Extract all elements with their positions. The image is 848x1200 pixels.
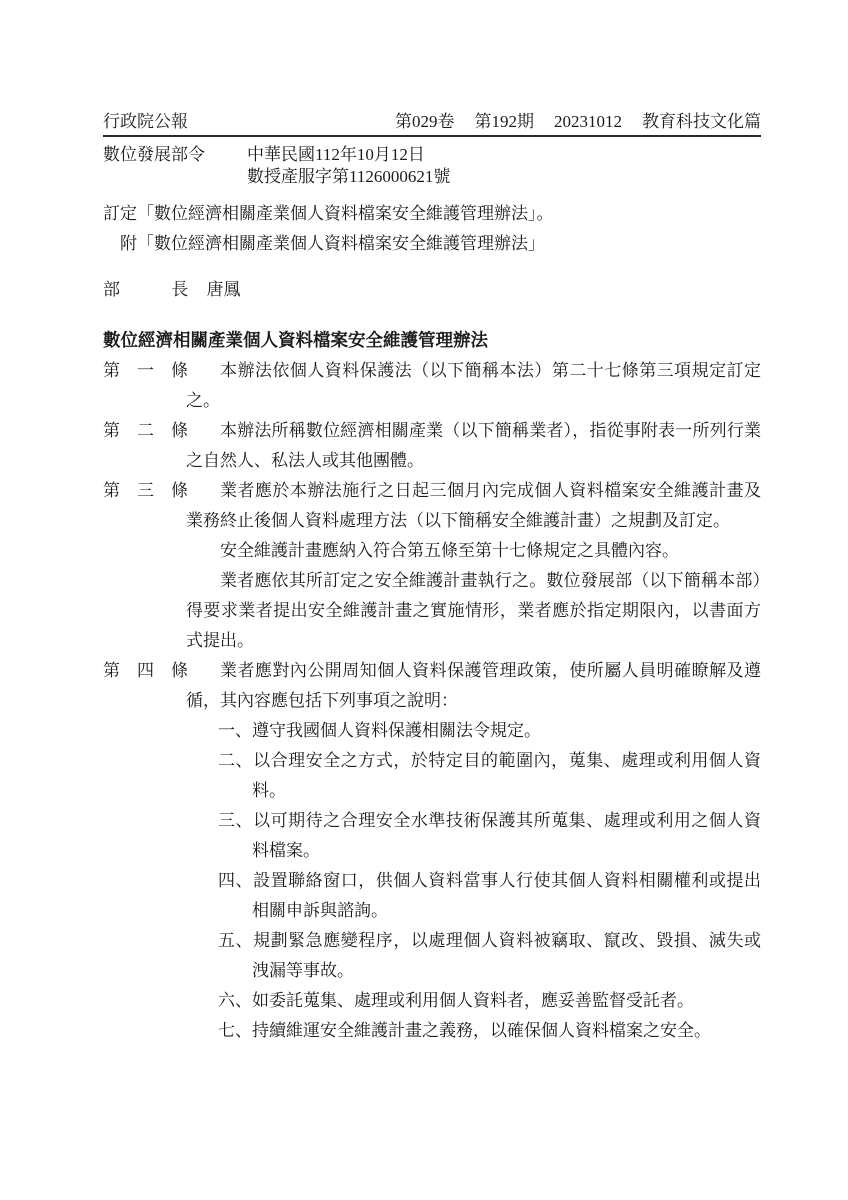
decree-statement: 訂定「數位經濟相關產業個人資料檔案安全維護管理辦法」。 <box>103 202 761 225</box>
article-item-2: 二、以合理安全之方式，於特定目的範圍內，蒐集、處理或利用個人資料。 <box>218 746 761 806</box>
decree-header: 數位發展部令 中華民國112年10月12日 數授產服字第1126000621號 <box>103 144 761 188</box>
article-paragraph: 本辦法所稱數位經濟相關產業（以下簡稱業者），指從事附表一所列行業之自然人、私法人… <box>186 416 761 476</box>
minister-name: 唐鳳 <box>207 280 241 299</box>
header-meta: 第029卷 第192期 20231012 教育科技文化篇 <box>395 112 761 132</box>
decree-number: 數授產服字第1126000621號 <box>247 166 450 188</box>
minister-post-right: 長 <box>171 280 188 299</box>
article-item-5: 五、規劃緊急應變程序，以處理個人資料被竊取、竄改、毀損、滅失或洩漏等事故。 <box>218 926 761 986</box>
article-paragraph: 業者應依其所訂定之安全維護計畫執行之。數位發展部（以下簡稱本部）得要求業者提出安… <box>186 566 761 656</box>
decree-attachment-note: 附「數位經濟相關產業個人資料檔案安全維護管理辦法」 <box>103 232 761 255</box>
article-item-6: 六、如委託蒐集、處理或利用個人資料者，應妥善監督受託者。 <box>218 986 761 1016</box>
header-section: 教育科技文化篇 <box>642 112 761 132</box>
article-1-label: 第 一 條 <box>103 356 188 386</box>
page-header: 行政院公報 第029卷 第192期 20231012 教育科技文化篇 <box>103 112 761 137</box>
article-item-4: 四、設置聯絡窗口，供個人資料當事人行使其個人資料相關權利或提出相關申訴與諮詢。 <box>218 866 761 926</box>
decree-date: 中華民國112年10月12日 <box>247 144 450 166</box>
header-date: 20231012 <box>554 112 622 132</box>
gazette-page: 行政院公報 第029卷 第192期 20231012 教育科技文化篇 數位發展部… <box>0 0 848 1200</box>
article-2: 第 二 條 本辦法所稱數位經濟相關產業（以下簡稱業者），指從事附表一所列行業之自… <box>103 416 761 476</box>
article-paragraph: 本辦法依個人資料保護法（以下簡稱本法）第二十七條第三項規定訂定之。 <box>186 356 761 416</box>
article-1: 第 一 條 本辦法依個人資料保護法（以下簡稱本法）第二十七條第三項規定訂定之。 <box>103 356 761 416</box>
article-paragraph: 業者應於本辦法施行之日起三個月內完成個人資料檔案安全維護計畫及業務終止後個人資料… <box>186 476 761 536</box>
decree-meta: 中華民國112年10月12日 數授產服字第1126000621號 <box>247 144 450 188</box>
article-paragraph: 業者應對內公開周知個人資料保護管理政策，使所屬人員明確瞭解及遵循，其內容應包括下… <box>186 656 761 716</box>
article-2-label: 第 二 條 <box>103 416 188 446</box>
article-2-content: 本辦法所稱數位經濟相關產業（以下簡稱業者），指從事附表一所列行業之自然人、私法人… <box>186 416 761 476</box>
law-title: 數位經濟相關產業個人資料檔案安全維護管理辦法 <box>103 328 761 352</box>
article-4-content: 業者應對內公開周知個人資料保護管理政策，使所屬人員明確瞭解及遵循，其內容應包括下… <box>186 656 761 1046</box>
article-4: 第 四 條 業者應對內公開周知個人資料保護管理政策，使所屬人員明確瞭解及遵循，其… <box>103 656 761 1046</box>
article-item-3: 三、以可期待之合理安全水準技術保護其所蒐集、處理或利用之個人資料檔案。 <box>218 806 761 866</box>
article-3: 第 三 條 業者應於本辦法施行之日起三個月內完成個人資料檔案安全維護計畫及業務終… <box>103 476 761 656</box>
article-3-label: 第 三 條 <box>103 476 188 506</box>
page-content: 行政院公報 第029卷 第192期 20231012 教育科技文化篇 數位發展部… <box>103 112 761 1046</box>
minister-signature: 部 長 唐鳳 <box>103 278 761 301</box>
gazette-title: 行政院公報 <box>103 112 188 132</box>
header-issue: 第192期 <box>475 112 535 132</box>
article-4-items: 一、遵守我國個人資料保護相關法令規定。 二、以合理安全之方式，於特定目的範圍內，… <box>218 716 761 1046</box>
minister-post-left: 部 <box>103 280 120 299</box>
article-1-content: 本辦法依個人資料保護法（以下簡稱本法）第二十七條第三項規定訂定之。 <box>186 356 761 416</box>
article-item-7: 七、持續維運安全維護計畫之義務，以確保個人資料檔案之安全。 <box>218 1016 761 1046</box>
article-4-label: 第 四 條 <box>103 656 188 686</box>
article-3-content: 業者應於本辦法施行之日起三個月內完成個人資料檔案安全維護計畫及業務終止後個人資料… <box>186 476 761 656</box>
article-paragraph: 安全維護計畫應納入符合第五條至第十七條規定之具體內容。 <box>186 536 761 566</box>
header-volume: 第029卷 <box>395 112 455 132</box>
issuing-agency: 數位發展部令 <box>103 144 247 188</box>
article-item-1: 一、遵守我國個人資料保護相關法令規定。 <box>218 716 761 746</box>
